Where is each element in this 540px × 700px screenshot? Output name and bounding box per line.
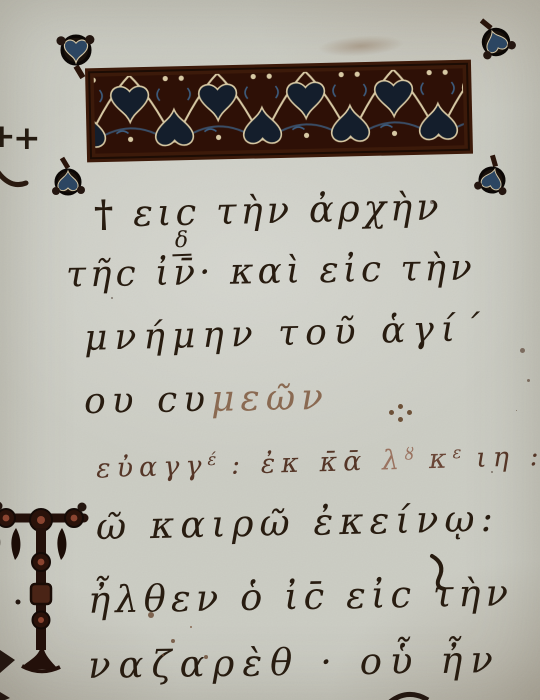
line2-text-pre: τῆϲ ἰν̄ (66, 252, 200, 295)
line4-text-pre: ου ϲυ (84, 379, 212, 422)
text-line-7: ἦλθεν ὁ ἰϲ̄ εἰϲ τὴν (88, 574, 514, 618)
line8-text: ναζαρὲθ · οὗ ἦν (88, 638, 501, 687)
line6-text: ῶ καιρῶ ἐκείνῳ: (96, 497, 500, 548)
margin-cross-right: + (13, 118, 41, 157)
line3-text: μνήμην τοῦ ἁγί´ (84, 308, 488, 359)
text-line-4: ου ϲυμεῶν (84, 380, 330, 420)
line4-end-ornament (398, 404, 403, 409)
rubric-evangelion: εὐαγγ (96, 450, 208, 484)
line2-superscript-delta: δ (172, 228, 192, 257)
line1-cross: † (94, 191, 118, 235)
bottom-partial-letter (390, 694, 428, 700)
edge-mark (0, 650, 15, 673)
stain-specks-right (520, 348, 525, 353)
line4-text-faded: μεῶν (211, 377, 330, 420)
line7-text: ἦλθεν ὁ ἰϲ̄ εἰϲ τὴν (88, 571, 514, 621)
text-line-6-incipit: ῶ καιρῶ ἐκείνῳ: (96, 500, 500, 545)
text-line-2: τῆϲ ἰν̄· καὶ εἰϲ τὴν (66, 250, 476, 293)
stain-smudge-top (317, 33, 404, 59)
rubric-line: εὐαγγέ : ἐκ κ̄ᾱ λȣ κε ιη : (96, 442, 540, 483)
text-line-1: † ειϲ τὴν ἀρχὴν (94, 188, 443, 232)
text-line-8: ναζαρὲθ · οὗ ἦν (88, 641, 501, 684)
decorated-initial-T: T (0, 502, 87, 672)
manuscript-page: T (0, 0, 540, 700)
headpiece-band (85, 60, 473, 163)
line2-text-post: · καὶ εἰϲ τὴν (199, 247, 476, 293)
text-line-3: μνήμην τοῦ ἁγί´ (84, 311, 488, 357)
margin-flourish (0, 166, 26, 185)
edge-mark-small (0, 692, 10, 700)
